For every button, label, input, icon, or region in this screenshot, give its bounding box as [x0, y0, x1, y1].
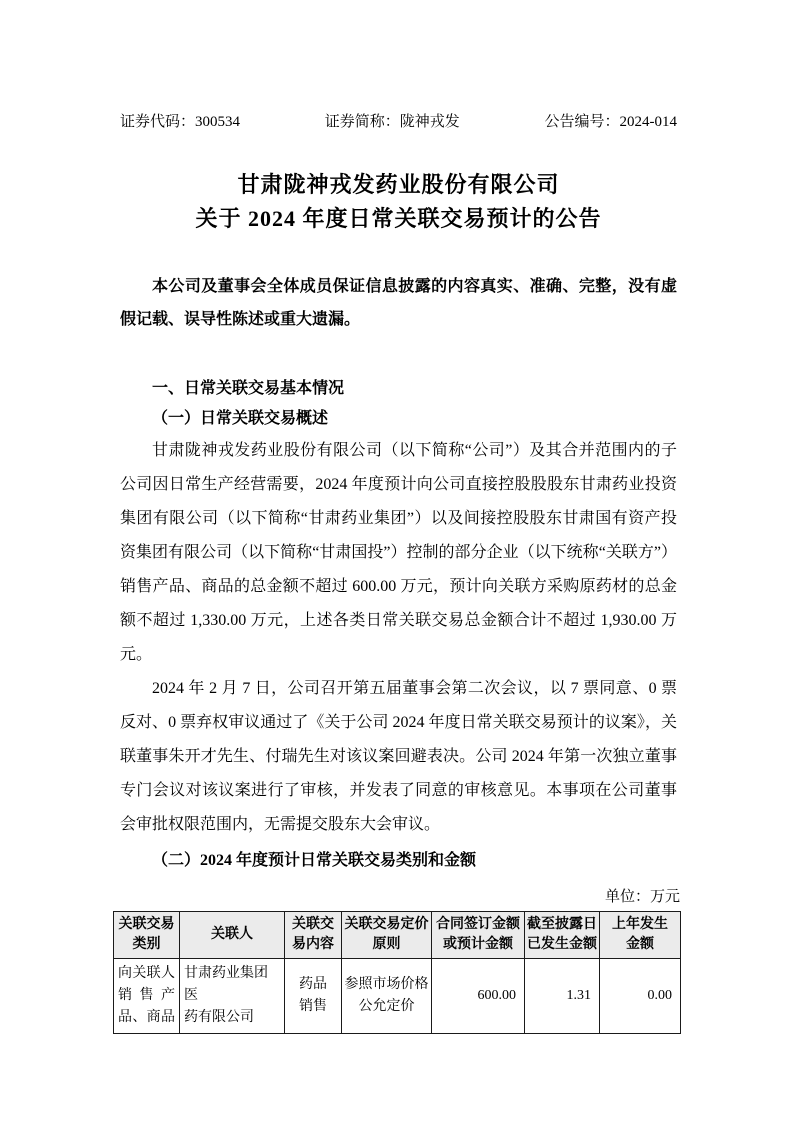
- col-header-pricing-principle: 关联交易定价 原则: [342, 912, 432, 959]
- transactions-table-area: 单位：万元 关联交易 类别 关联人 关联交 易内容 关联交易定价 原则 合同签订…: [113, 886, 680, 1034]
- board-pledge-statement: 本公司及董事会全体成员保证信息披露的内容真实、准确、完整，没有虚假记载、误导性陈…: [120, 270, 677, 336]
- col-header-transaction-type: 关联交易 类别: [114, 912, 180, 959]
- cell-pricing-principle: 参照市场价格 公允定价: [342, 959, 432, 1034]
- cell-prior-year-amount: 0.00: [600, 959, 681, 1034]
- related-transactions-table: 关联交易 类别 关联人 关联交 易内容 关联交易定价 原则 合同签订金额 或预计…: [113, 911, 681, 1034]
- cell-contract-amount: 600.00: [432, 959, 525, 1034]
- cell-transaction-content: 药品 销售: [285, 959, 342, 1034]
- document-page: 证券代码：300534 证券简称：陇神戎发 公告编号：2024-014 甘肃陇神…: [0, 0, 794, 1122]
- col-header-contract-amount: 合同签订金额 或预计金额: [432, 912, 525, 959]
- table-row: 向关联人 销售产 品、商品 甘肃药业集团医 药有限公司 药品 销售 参照市场价格…: [114, 959, 681, 1034]
- stock-code-label: 证券代码：300534: [120, 112, 240, 132]
- announcement-number-label: 公告编号：2024-014: [545, 112, 678, 132]
- document-title-line2: 关于 2024 年度日常关联交易预计的公告: [120, 202, 677, 236]
- document-meta-row: 证券代码：300534 证券简称：陇神戎发 公告编号：2024-014: [120, 112, 677, 132]
- table-header-row: 关联交易 类别 关联人 关联交 易内容 关联交易定价 原则 合同签订金额 或预计…: [114, 912, 681, 959]
- section-1-2-heading: （二）2024 年度预计日常关联交易类别和金额: [120, 846, 677, 876]
- col-header-related-party: 关联人: [180, 912, 285, 959]
- section-1-1-heading: （一）日常关联交易概述: [120, 404, 677, 434]
- col-header-incurred-to-date: 截至披露日 已发生金额: [525, 912, 600, 959]
- document-title-line1: 甘肃陇神戎发药业股份有限公司: [120, 168, 677, 202]
- cell-incurred-to-date: 1.31: [525, 959, 600, 1034]
- col-header-transaction-content: 关联交 易内容: [285, 912, 342, 959]
- section-1-heading: 一、日常关联交易基本情况: [120, 374, 677, 404]
- stock-name-label: 证券简称：陇神戎发: [325, 112, 460, 132]
- overview-paragraph-1: 甘肃陇神戎发药业股份有限公司（以下简称“公司”）及其合并范围内的子公司因日常生产…: [120, 434, 677, 672]
- overview-paragraph-2: 2024 年 2 月 7 日，公司召开第五届董事会第二次会议，以 7 票同意、0…: [120, 672, 677, 842]
- cell-related-party: 甘肃药业集团医 药有限公司: [180, 959, 285, 1034]
- cell-transaction-type: 向关联人 销售产 品、商品: [114, 959, 180, 1034]
- col-header-prior-year-amount: 上年发生 金额: [600, 912, 681, 959]
- table-unit-label: 单位：万元: [113, 886, 680, 908]
- document-title: 甘肃陇神戎发药业股份有限公司 关于 2024 年度日常关联交易预计的公告: [120, 168, 677, 236]
